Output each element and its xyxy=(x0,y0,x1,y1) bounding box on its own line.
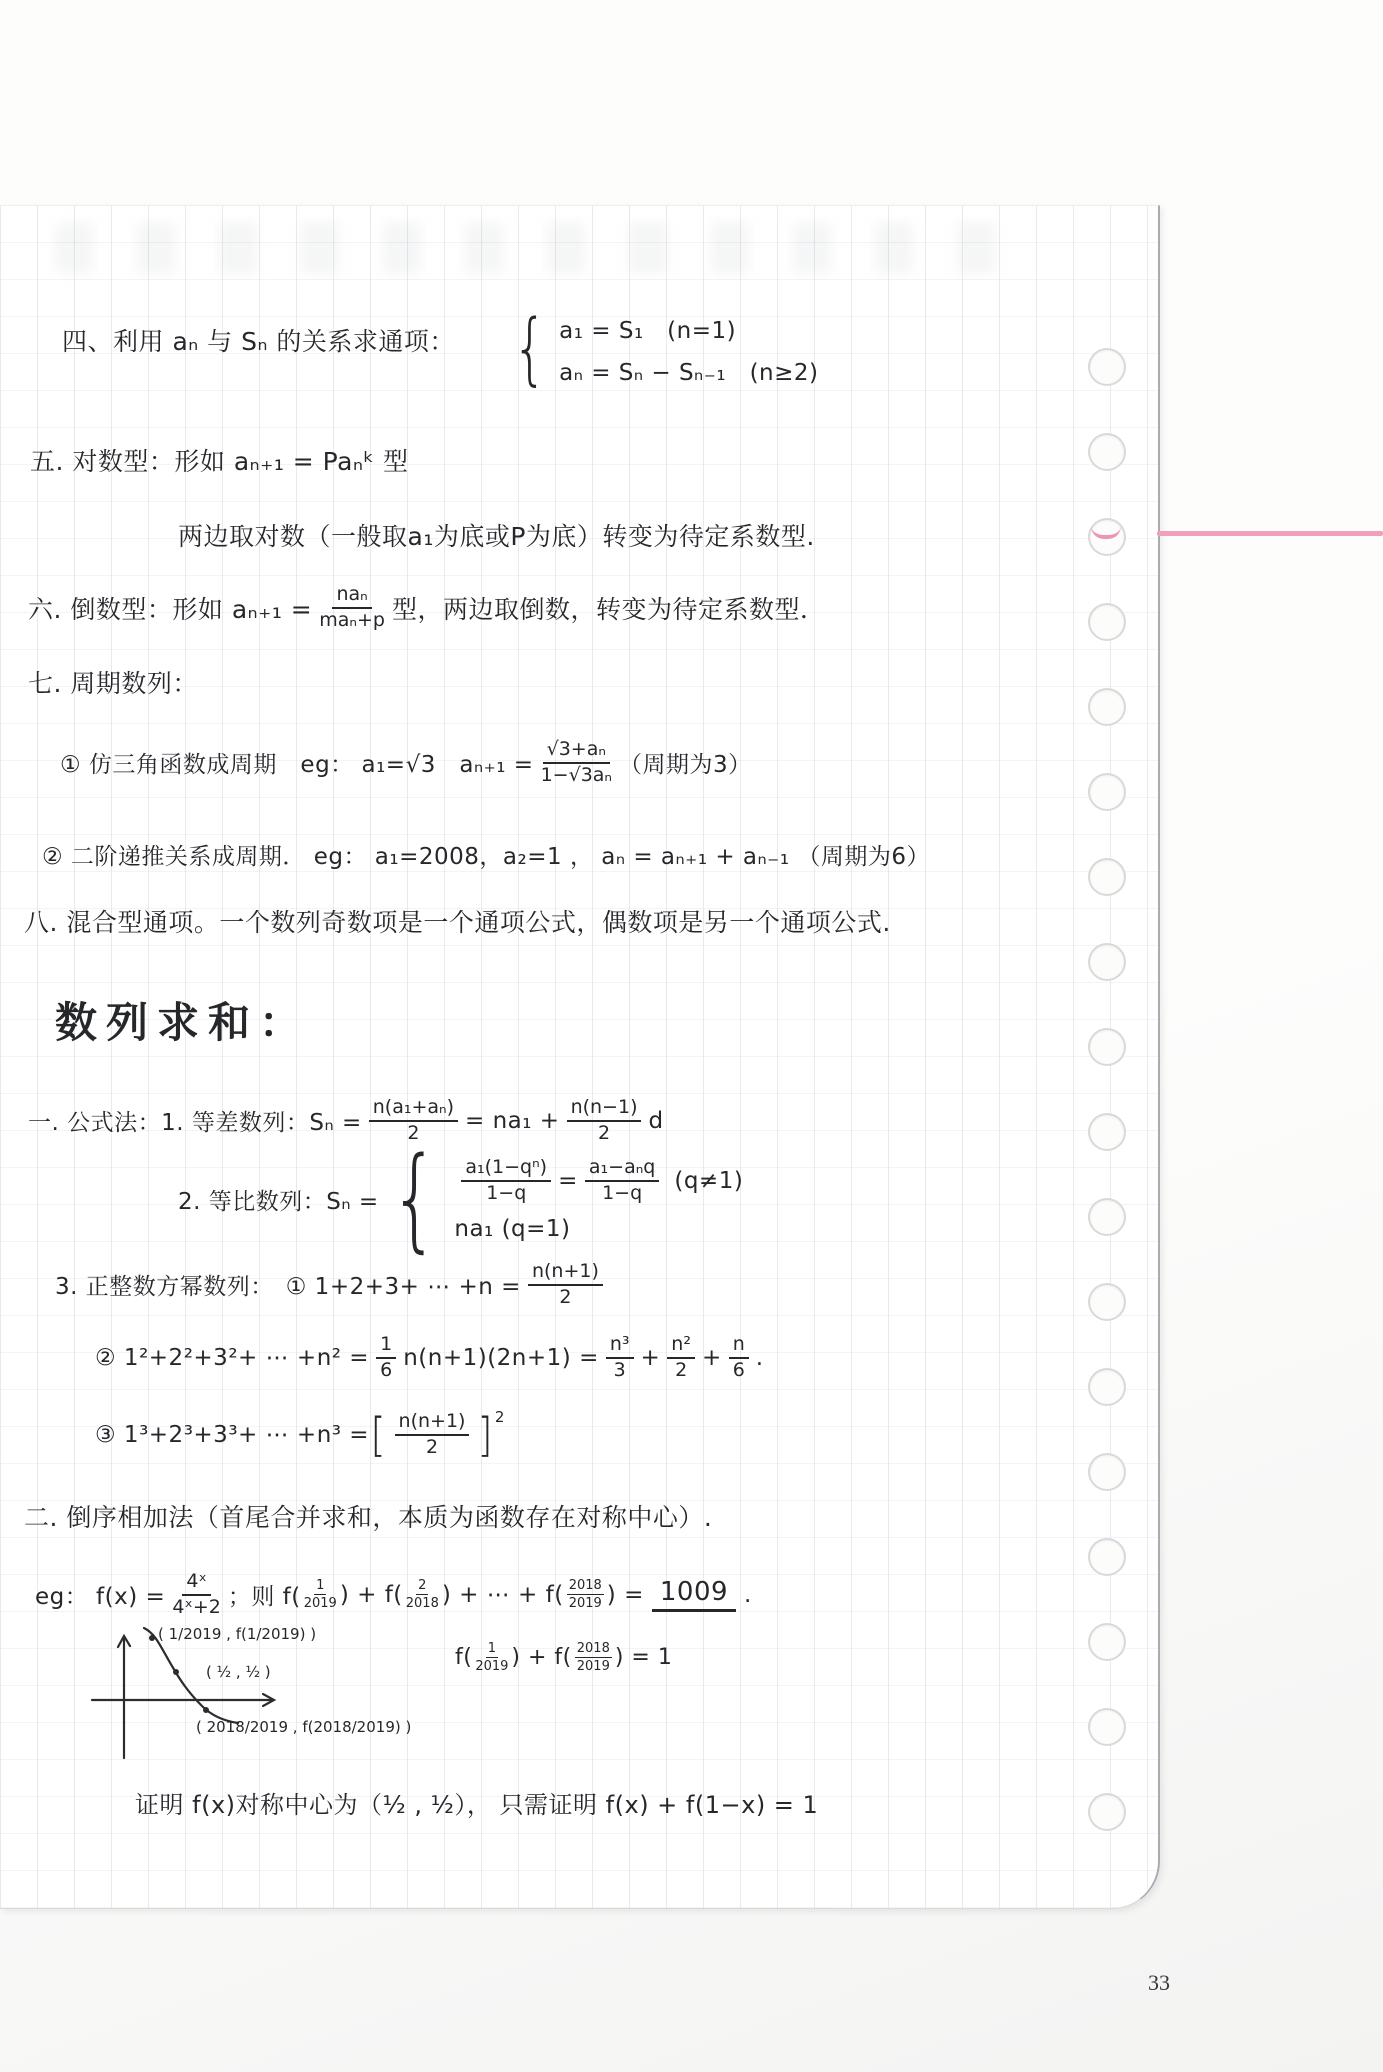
point-label-center: ( ½ , ½ ) xyxy=(206,1663,271,1681)
text-run: 3. 正整数方幂数列： ① 1+2+3+ ⋯ +n = xyxy=(55,1268,521,1301)
text-run: n(n+1)(2n+1) = xyxy=(403,1345,599,1371)
binding-hole xyxy=(1088,858,1126,896)
line-power-sum-3: ③ 1³+2³+3³+ ⋯ +n³ = [ n(n+1) 2 ] 2 xyxy=(95,1412,505,1458)
text-run: ② 1²+2²+3²+ ⋯ +n² = xyxy=(95,1345,369,1371)
fraction: a₁−aₙq 1−q xyxy=(585,1158,659,1204)
line-mixed-type: 八. 混合型通项。一个数列奇数项是一个通项公式，偶数项是另一个通项公式. xyxy=(24,903,891,939)
brace: { xyxy=(513,316,548,382)
line-periodic-trig: ① 仿三角函数成周期 eg： a₁=√3 aₙ₊₁ = √3+aₙ 1−√3aₙ… xyxy=(60,740,752,786)
fraction: n² 2 xyxy=(667,1335,695,1381)
fraction: 1 2019 xyxy=(304,1579,337,1610)
binding-hole xyxy=(1088,1368,1126,1406)
binding-hole xyxy=(1088,1623,1126,1661)
binding-hole xyxy=(1088,1283,1126,1321)
line-log-type-note: 两边取对数（一般取a₁为底或P为底）转变为待定系数型. xyxy=(178,517,815,553)
binding-hole xyxy=(1088,1453,1126,1491)
line-example-fx: eg： f(x) = 4ˣ 4ˣ+2 ；则 f( 1 2019 ) + f( 2… xyxy=(35,1572,752,1618)
text-run: ) + f( xyxy=(511,1645,571,1670)
heading-sequence-sum: 数列求和： xyxy=(55,990,310,1050)
fraction: n(n−1) 2 xyxy=(567,1098,642,1144)
fraction: n³ 3 xyxy=(606,1335,634,1381)
text-run: ；则 f( xyxy=(228,1578,301,1611)
binding-hole xyxy=(1088,433,1126,471)
fraction: 2 2018 xyxy=(406,1579,439,1610)
line-an-sn-rule: 四、利用 aₙ 与 Sₙ 的关系求通项： xyxy=(62,322,455,358)
binding-hole xyxy=(1088,1708,1126,1746)
text-run: = na₁ + xyxy=(465,1108,560,1134)
line-periodic-recurrence: ② 二阶递推关系成周期． eg： a₁=2008，a₂=1 ， aₙ = aₙ₊… xyxy=(42,838,930,871)
line-periodic-head: 七. 周期数列： xyxy=(28,664,198,700)
case-n-ge-2: aₙ = Sₙ − Sₙ₋₁ (n≥2) xyxy=(559,354,818,387)
fraction: n 6 xyxy=(729,1335,749,1381)
binding-hole xyxy=(1088,773,1126,811)
exponent: 2 xyxy=(495,1408,505,1426)
right-bracket: ] xyxy=(478,1412,494,1458)
text-run: ① 仿三角函数成周期 eg： a₁=√3 aₙ₊₁ = xyxy=(60,746,534,779)
case-list: a₁(1−qⁿ) 1−q = a₁−aₙq 1−q (q≠1) na₁ (q=1… xyxy=(454,1158,743,1242)
line-arithmetic-sum: 一. 公式法：1. 等差数列：Sₙ = n(a₁+aₙ) 2 = na₁ + n… xyxy=(28,1098,664,1144)
text-run: ③ 1³+2³+3³+ ⋯ +n³ = xyxy=(95,1422,369,1448)
line-proof-note: 证明 f(x)对称中心为（½ , ½）， 只需证明 f(x) + f(1−x) … xyxy=(135,1785,818,1820)
text-run: ) + ⋯ + f( xyxy=(442,1582,564,1608)
fraction: 2018 2019 xyxy=(575,1642,612,1673)
binding-hole xyxy=(1088,1793,1126,1831)
line-reciprocal-type: 六. 倒数型：形如 aₙ₊₁ = naₙ maₙ+p 型，两边取倒数，转变为待定… xyxy=(28,585,825,631)
text-run: ) + f( xyxy=(340,1582,403,1608)
text-run: . xyxy=(756,1345,764,1371)
line-power-sum-1: 3. 正整数方幂数列： ① 1+2+3+ ⋯ +n = n(n+1) 2 xyxy=(55,1262,610,1308)
case-q-not-1: a₁(1−qⁿ) 1−q = a₁−aₙq 1−q (q≠1) xyxy=(454,1158,743,1204)
line-reverse-order-method: 二. 倒序相加法（首尾合并求和，本质为函数存在对称中心）. xyxy=(24,1498,712,1534)
text-run: 型，两边取倒数，转变为待定系数型． xyxy=(392,590,826,626)
binding-hole xyxy=(1088,1113,1126,1151)
fraction: 4ˣ 4ˣ+2 xyxy=(172,1572,221,1618)
fraction: n(n+1) 2 xyxy=(395,1412,470,1458)
text-run: + xyxy=(702,1345,722,1371)
text-run: d xyxy=(648,1108,663,1134)
text-run: + xyxy=(641,1345,661,1371)
page-number: 33 xyxy=(1148,1970,1170,1996)
point-label-3: ( 2018/2019 , f(2018/2019) ) xyxy=(196,1718,411,1736)
text-run: 2. 等比数列：Sₙ = xyxy=(178,1183,379,1216)
text-run: eg： f(x) = xyxy=(35,1578,165,1611)
fraction: √3+aₙ 1−√3aₙ xyxy=(541,740,612,786)
brace: { xyxy=(389,1152,439,1247)
line-paired-sum: f( 1 2019 ) + f( 2018 2019 ) = 1 xyxy=(455,1642,672,1673)
case-list: a₁ = S₁ (n=1) aₙ = Sₙ − Sₙ₋₁ (n≥2) xyxy=(559,312,818,387)
text-run: ) = 1 xyxy=(615,1645,673,1670)
text-run: 六. 倒数型：形如 aₙ₊₁ = xyxy=(28,590,312,626)
pink-ribbon-line xyxy=(1157,531,1383,536)
binding-hole xyxy=(1088,943,1126,981)
fraction: n(n+1) 2 xyxy=(528,1262,603,1308)
fraction: a₁(1−qⁿ) 1−q xyxy=(461,1158,551,1204)
text-run: = xyxy=(558,1168,578,1194)
line-geometric-sum: 2. 等比数列：Sₙ = { a₁(1−qⁿ) 1−q = a₁−aₙq 1−q… xyxy=(178,1152,743,1247)
case-n-equals-1: a₁ = S₁ (n=1) xyxy=(559,312,818,345)
left-bracket: [ xyxy=(370,1412,386,1458)
cases-an-sn: { a₁ = S₁ (n=1) aₙ = Sₙ − Sₙ₋₁ (n≥2) xyxy=(505,312,819,387)
symmetry-center-sketch xyxy=(86,1626,296,1766)
binding-hole xyxy=(1088,348,1126,386)
condition: (q≠1) xyxy=(674,1168,743,1194)
binding-hole xyxy=(1088,688,1126,726)
text-run: . xyxy=(744,1582,752,1608)
point-label-1: ( 1/2019 , f(1/2019) ) xyxy=(158,1625,316,1643)
text-run: f( xyxy=(455,1645,472,1670)
text-run: 一. 公式法：1. 等差数列：Sₙ = xyxy=(28,1104,362,1137)
case-q-equals-1: na₁ (q=1) xyxy=(454,1216,743,1242)
fraction: naₙ maₙ+p xyxy=(319,585,385,631)
underlined-answer: 1009 xyxy=(652,1577,736,1612)
text-run: （周期为3） xyxy=(619,746,752,779)
ink-bleed-ghost xyxy=(55,222,1035,274)
binding-hole xyxy=(1088,1028,1126,1066)
fraction: 1 6 xyxy=(376,1335,396,1381)
fraction: 1 2019 xyxy=(475,1642,508,1673)
line-log-type: 五. 对数型：形如 aₙ₊₁ = Paₙᵏ 型 xyxy=(30,442,409,478)
line-power-sum-2: ② 1²+2²+3²+ ⋯ +n² = 1 6 n(n+1)(2n+1) = n… xyxy=(95,1335,764,1381)
text-run: ) = xyxy=(607,1582,644,1608)
binding-hole xyxy=(1088,603,1126,641)
fraction: 2018 2019 xyxy=(567,1579,604,1610)
binding-hole xyxy=(1088,1198,1126,1236)
binding-hole xyxy=(1088,1538,1126,1576)
